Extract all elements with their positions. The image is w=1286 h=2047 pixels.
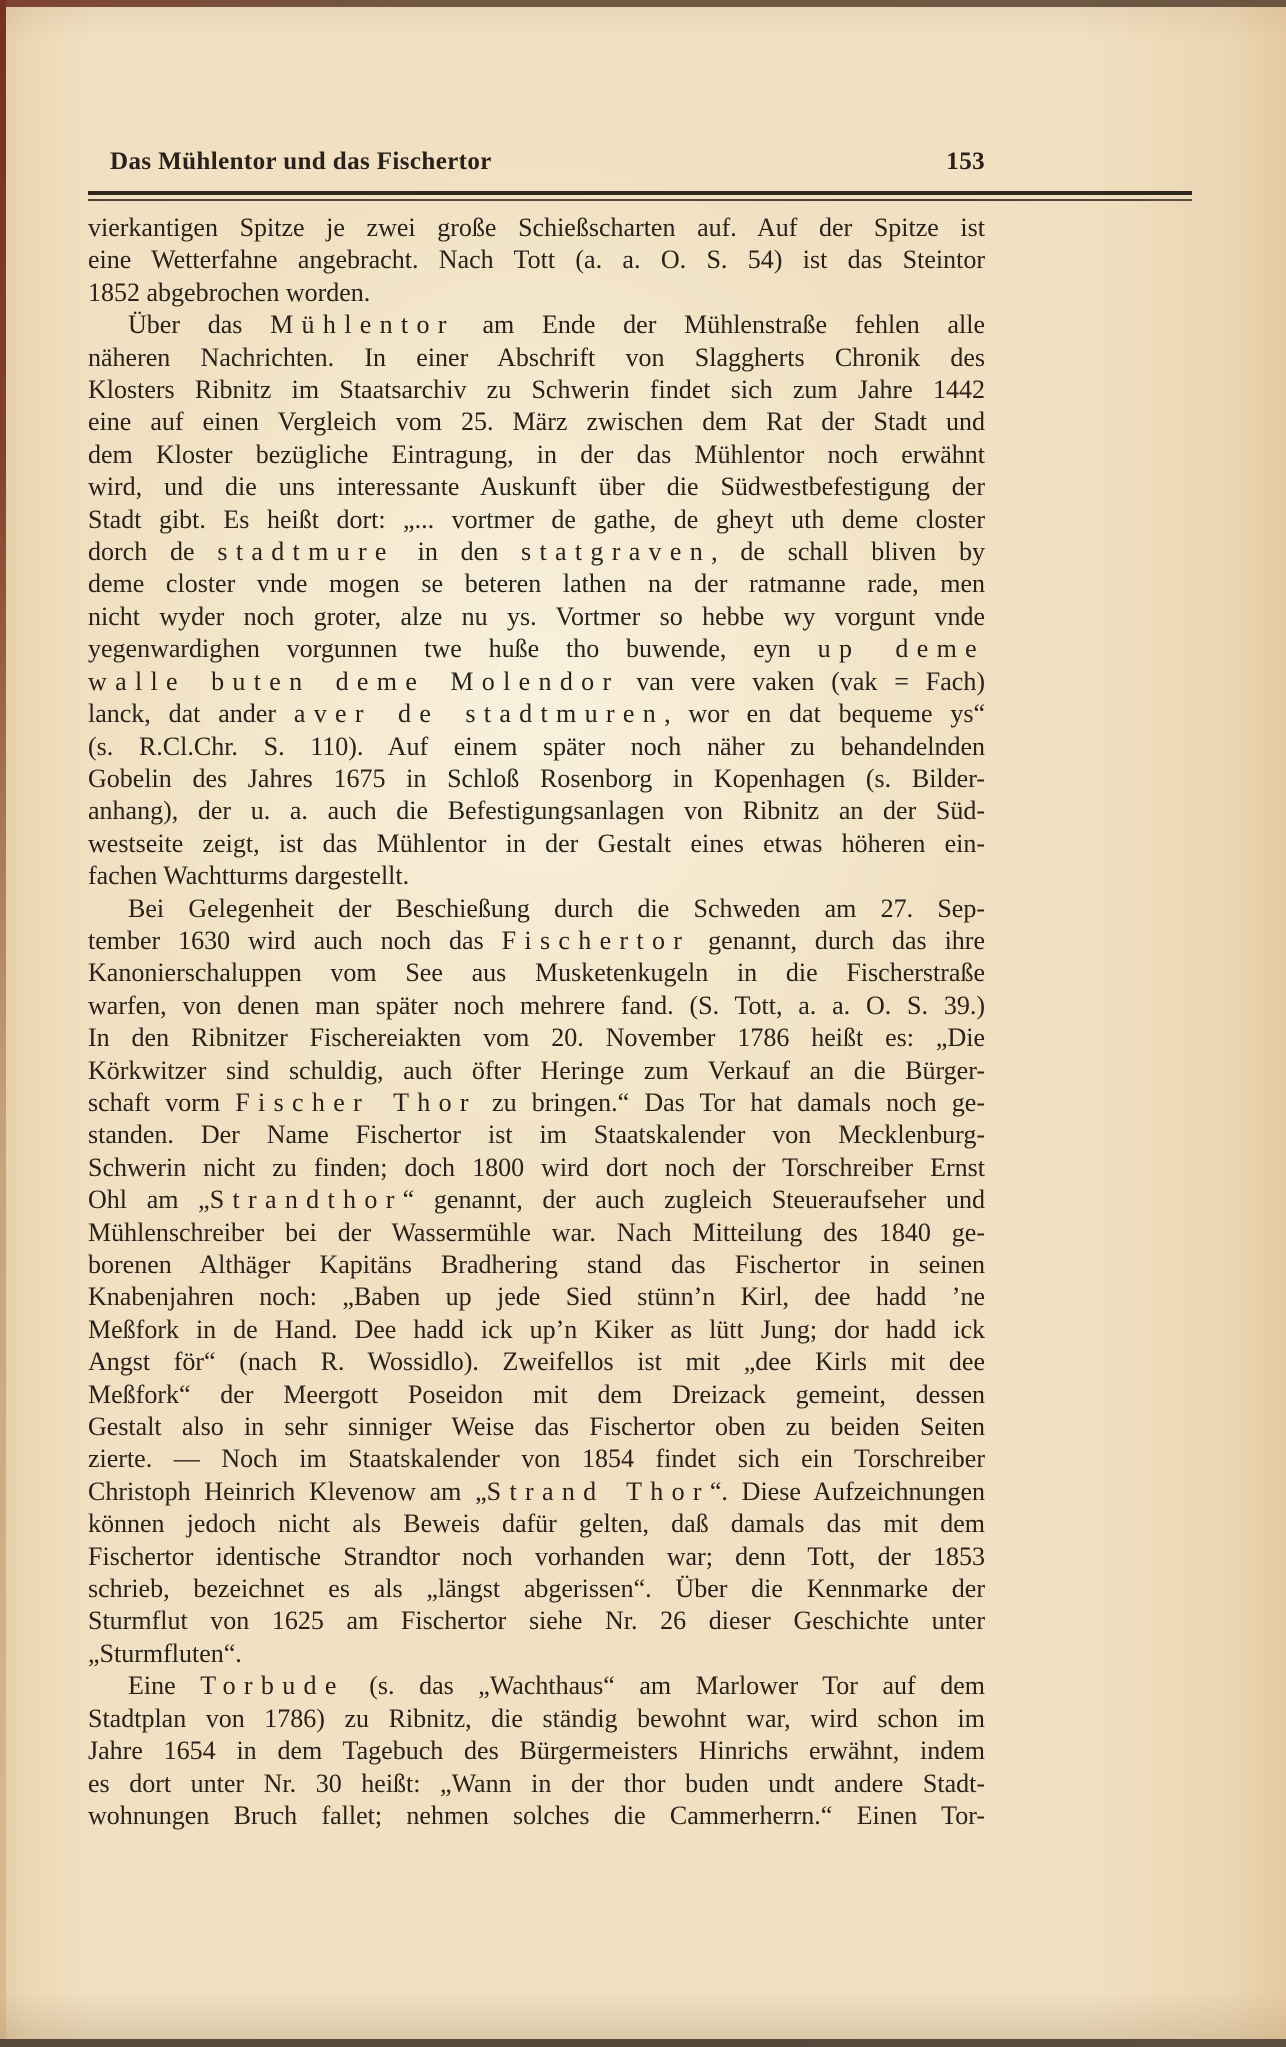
text-line: es dort unter Nr. 30 heißt: „Wann in der… [88,1768,985,1800]
letterspaced-text: walle buten deme Molendor [88,667,619,696]
text-line: schrieb, bezeichnet es als „längst abger… [88,1573,985,1605]
letterspaced-text: Strand Thor [487,1477,710,1506]
text-line: Eine Torbude (s. das „Wachthaus“ am Marl… [88,1670,985,1702]
text-line: Christoph Heinrich Klevenow am „Strand T… [88,1476,985,1508]
text-line: wird, und die uns interessante Auskunft … [88,471,985,503]
letterspaced-text: aver de stadtmuren [294,699,664,728]
text-line: Ohl am „Strandthor“ genannt, der auch zu… [88,1184,985,1216]
header-rule-thick [88,191,1192,195]
book-page-scan: Das Mühlentor und das Fischertor 153 vie… [0,0,1286,2047]
text-line: Stadtplan von 1786) zu Ribnitz, die stän… [88,1703,985,1735]
text-line: Gestalt also in sehr sinniger Weise das … [88,1411,985,1443]
text-line: zierte. — Noch im Staatskalender von 185… [88,1443,985,1475]
text-line: walle buten deme Molendor van vere vaken… [88,666,985,698]
text-line: Körkwitzer sind schuldig, auch öfter Her… [88,1055,985,1087]
text-line: eine Wetterfahne angebracht. Nach Tott (… [88,244,985,276]
scan-edge-left [0,0,6,2047]
text-line: näheren Nachrichten. In einer Abschrift … [88,342,985,374]
text-line: Über das Mühlentor am Ende der Mühlenstr… [88,309,985,341]
header-rule [88,191,1192,201]
letterspaced-text: stadtmure [217,537,394,566]
text-line: Schwerin nicht zu finden; doch 1800 wird… [88,1152,985,1184]
text-line: fachen Wachtturms dargestellt. [88,860,985,892]
text-line: „Sturmfluten“. [88,1638,985,1670]
text-line: warfen, von denen man später noch mehrer… [88,990,985,1022]
text-line: nicht wyder noch groter, alze nu ys. Vor… [88,601,985,633]
page-number: 153 [946,148,985,176]
text-line: Sturmflut von 1625 am Fischertor siehe N… [88,1605,985,1637]
text-line: Meßfork in de Hand. Dee hadd ick up’n Ki… [88,1314,985,1346]
text-line: (s. R.Cl.Chr. S. 110). Auf einem später … [88,731,985,763]
letterspaced-text: Torbude [200,1671,345,1700]
text-line: lanck, dat ander aver de stadtmuren, wor… [88,698,985,730]
text-line: wohnungen Bruch fallet; nehmen solches d… [88,1800,985,1832]
header-rule-thin [88,199,1192,201]
text-line: Klosters Ribnitz im Staatsarchiv zu Schw… [88,374,985,406]
text-line: standen. Der Name Fischertor ist im Staa… [88,1119,985,1151]
text-line: deme closter vnde mogen se beteren lathe… [88,568,985,600]
running-title: Das Mühlentor und das Fischertor [110,148,492,176]
body-text: vierkantigen Spitze je zwei große Schieß… [88,212,985,1832]
letterspaced-text: statgraven [521,537,711,566]
text-line: In den Ribnitzer Fischereiakten vom 20. … [88,1022,985,1054]
letterspaced-text: Strandthor [210,1185,403,1214]
text-line: Stadt gibt. Es heißt dort: „... vortmer … [88,504,985,536]
letterspaced-text: Fischertor [502,926,691,955]
text-line: Knabenjahren noch: „Baben up jede Sied s… [88,1281,985,1313]
page-header: Das Mühlentor und das Fischertor 153 [110,148,985,176]
text-line: dorch de stadtmure in den statgraven, de… [88,536,985,568]
text-line: eine auf einen Vergleich vom 25. März zw… [88,406,985,438]
text-line: tember 1630 wird auch noch das Fischerto… [88,925,985,957]
text-line: yegenwardighen vorgunnen twe huße tho bu… [88,633,985,665]
text-line: Bei Gelegenheit der Beschießung durch di… [88,893,985,925]
text-line: Meßfork“ der Meergott Poseidon mit dem D… [88,1379,985,1411]
letterspaced-text: up deme [818,634,985,663]
text-line: borenen Althäger Kapitäns Bradhering sta… [88,1249,985,1281]
text-line: schaft vorm Fischer Thor zu bringen.“ Da… [88,1087,985,1119]
text-line: anhang), der u. a. auch die Befestigungs… [88,795,985,827]
text-line: westseite zeigt, ist das Mühlentor in de… [88,828,985,860]
scan-edge-bottom [0,2039,1286,2047]
text-line: 1852 abgebrochen worden. [88,277,985,309]
text-line: dem Kloster bezügliche Eintragung, in de… [88,439,985,471]
text-line: Angst för“ (nach R. Wossidlo). Zweifello… [88,1346,985,1378]
text-line: vierkantigen Spitze je zwei große Schieß… [88,212,985,244]
text-line: Jahre 1654 in dem Tagebuch des Bürgermei… [88,1735,985,1767]
text-line: können jedoch nicht als Beweis dafür gel… [88,1508,985,1540]
text-line: Fischertor identische Strandtor noch vor… [88,1541,985,1573]
text-line: Mühlenschreiber bei der Wassermühle war.… [88,1217,985,1249]
letterspaced-text: Fischer Thor [235,1088,477,1117]
text-line: Kanonierschaluppen vom See aus Musketenk… [88,957,985,989]
scan-edge-top [0,0,1286,7]
letterspaced-text: Mühlentor [270,310,455,339]
text-line: Gobelin des Jahres 1675 in Schloß Rosenb… [88,763,985,795]
